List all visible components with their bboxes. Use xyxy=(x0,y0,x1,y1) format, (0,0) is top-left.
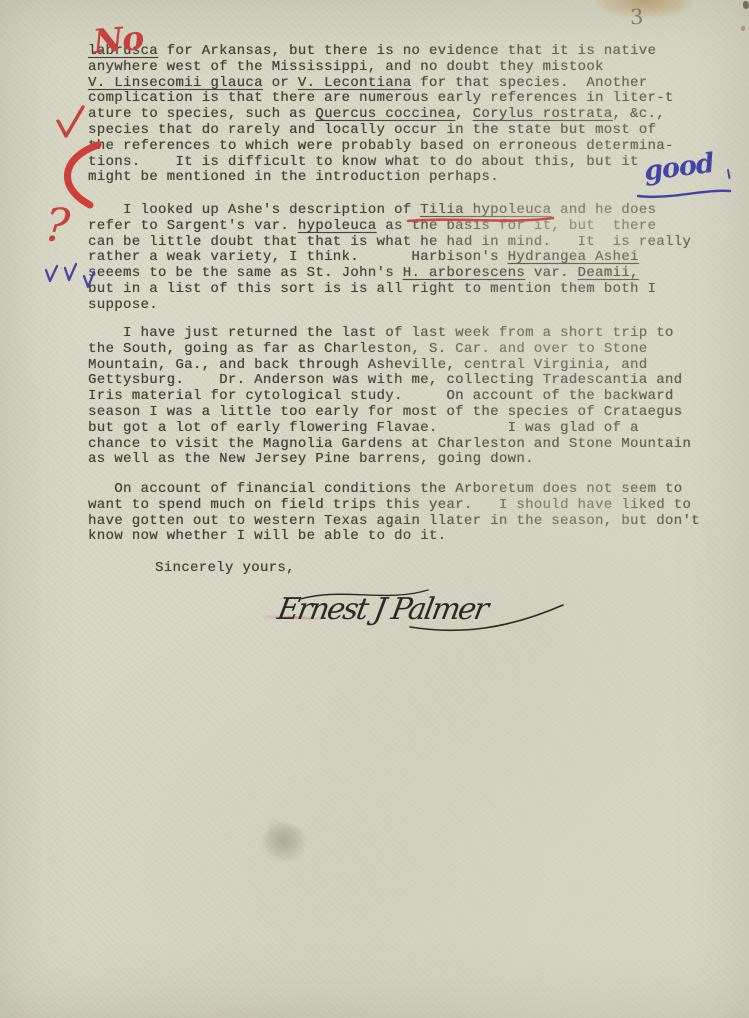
typed-text-segment: season I was a little too early for most… xyxy=(88,404,682,420)
typed-text-segment: as well as the New Jersey Pine barrens, … xyxy=(88,451,534,467)
typed-text-segment: Iris material for cytological study. On … xyxy=(88,388,674,404)
check-icon xyxy=(55,104,89,142)
typed-line: but got a lot of early flowering Flavae.… xyxy=(88,421,691,437)
typed-line: complication is that there are numerous … xyxy=(88,91,674,107)
underline-stroke-icon xyxy=(636,184,734,200)
typed-line: anywhere west of the Mississippi, and no… xyxy=(88,60,674,76)
typed-text-segment: var. xyxy=(525,265,577,281)
paper-speck xyxy=(743,1,749,9)
paper-stain-top xyxy=(596,0,692,18)
typed-text-segment: want to spend much on field trips this y… xyxy=(88,497,691,513)
typed-text-segment: for that species. Another xyxy=(411,75,647,91)
underlined-species-name: V. Linsecomii glauca xyxy=(88,75,263,91)
typed-line: I have just returned the last of last we… xyxy=(88,326,691,342)
typed-text-segment: rather a weak variety, I think. Harbison… xyxy=(88,249,508,265)
scanned-letter-page: 3 labrusca for Arkansas, but there is no… xyxy=(0,0,749,1018)
paper-speck xyxy=(741,26,745,31)
handwritten-no-annotation: No xyxy=(91,18,144,61)
red-checkmark-annotation xyxy=(55,104,89,142)
page-number: 3 xyxy=(630,5,644,29)
typed-text-segment: Mountain, Ga., and back through Ashevill… xyxy=(88,357,647,373)
typed-line: refer to Sargent's var. hypoleuca as the… xyxy=(88,219,691,235)
underlined-species-name: Quercus coccinea xyxy=(315,106,455,122)
typed-text-segment: I looked up Ashe's description of xyxy=(88,202,420,218)
typed-text-segment: species that do rarely and locally occur… xyxy=(88,122,656,138)
good-underline-annotation xyxy=(636,184,734,200)
letter-paragraph-4: On account of financial conditions the A… xyxy=(88,482,700,545)
signature: Ernest J Palmer xyxy=(270,575,570,647)
ink-smudge xyxy=(259,818,311,868)
typed-text-segment: know now whether I will be able to do it… xyxy=(88,528,446,544)
red-underline-tilia-annotation xyxy=(406,214,556,226)
typed-text-segment: or xyxy=(263,75,298,91)
typed-line: suppose. xyxy=(88,298,691,314)
typed-text-segment: refer to Sargent's var. xyxy=(88,218,298,234)
typed-text-segment: seeems to be the same as St. John's xyxy=(88,265,403,281)
underline-stroke-icon xyxy=(406,214,556,226)
underlined-species-name: Hydrangea Ashei xyxy=(508,249,639,265)
letter-paragraph-1: labrusca for Arkansas, but there is no e… xyxy=(88,44,674,186)
typed-text-segment: can be little doubt that that is what he… xyxy=(88,234,691,250)
typed-line: know now whether I will be able to do it… xyxy=(88,529,700,545)
letter-paragraph-3: I have just returned the last of last we… xyxy=(88,326,691,468)
typed-text-segment: On account of financial conditions the A… xyxy=(88,481,682,497)
check-icon xyxy=(42,262,106,294)
typed-text-segment: anywhere west of the Mississippi, and no… xyxy=(88,59,604,75)
typed-line: want to spend much on field trips this y… xyxy=(88,498,700,514)
typed-text-segment: Gettysburg. Dr. Anderson was with me, co… xyxy=(88,372,682,388)
signature-icon: Ernest J Palmer xyxy=(270,575,570,647)
typed-line: might be mentioned in the introduction p… xyxy=(88,170,674,186)
typed-text-segment: , &c., xyxy=(613,106,665,122)
typed-line: the South, going as far as Charleston, S… xyxy=(88,342,691,358)
typed-line: Gettysburg. Dr. Anderson was with me, co… xyxy=(88,373,691,389)
underlined-species-name: H. arborescens xyxy=(403,265,525,281)
typed-line: ature to species, such as Quercus coccin… xyxy=(88,107,674,123)
typed-text-segment: and he does xyxy=(551,202,656,218)
typed-line: chance to visit the Magnolia Gardens at … xyxy=(88,437,691,453)
underlined-species-name: V. Lecontiana xyxy=(298,75,412,91)
typed-text-segment: ature to species, such as xyxy=(88,106,315,122)
typed-text-segment: I have just returned the last of last we… xyxy=(88,325,674,341)
typed-text-segment: tions. It is difficult to know what to d… xyxy=(88,154,639,170)
typed-line: the references to which were probably ba… xyxy=(88,139,674,155)
typed-text-segment: chance to visit the Magnolia Gardens at … xyxy=(88,436,691,452)
typed-line: On account of financial conditions the A… xyxy=(88,482,700,498)
typed-text-segment: for Arkansas, but there is no evidence t… xyxy=(158,43,656,59)
blue-checkmarks-annotation xyxy=(42,262,106,294)
letter-paragraph-2: I looked up Ashe's description of Tilia … xyxy=(88,203,691,314)
typed-line: seeems to be the same as St. John's H. a… xyxy=(88,266,691,282)
typed-text-segment: complication is that there are numerous … xyxy=(88,90,674,106)
typed-line: rather a weak variety, I think. Harbison… xyxy=(88,250,691,266)
typed-text-segment: but in a list of this sort is is all rig… xyxy=(88,281,656,297)
underlined-species-name: Deamii, xyxy=(578,265,639,281)
typed-line: Iris material for cytological study. On … xyxy=(88,389,691,405)
red-question-mark-annotation: ? xyxy=(43,197,72,253)
typed-text-segment: but got a lot of early flowering Flavae.… xyxy=(88,420,639,436)
typed-line: but in a list of this sort is is all rig… xyxy=(88,282,691,298)
typed-line: as well as the New Jersey Pine barrens, … xyxy=(88,452,691,468)
typed-text-segment: have gotten out to western Texas again l… xyxy=(88,513,700,529)
typed-line: season I was a little too early for most… xyxy=(88,405,691,421)
typed-text-segment: the South, going as far as Charleston, S… xyxy=(88,341,647,357)
typed-text-segment: , xyxy=(455,106,472,122)
typed-line: labrusca for Arkansas, but there is no e… xyxy=(88,44,674,60)
typed-line: species that do rarely and locally occur… xyxy=(88,123,674,139)
typed-text-segment: might be mentioned in the introduction p… xyxy=(88,169,499,185)
typed-text-segment: suppose. xyxy=(88,297,158,313)
typed-text-segment: the references to which were probably ba… xyxy=(88,138,674,154)
typed-line: tions. It is difficult to know what to d… xyxy=(88,155,674,171)
underlined-species-name: hypoleuca xyxy=(298,218,377,234)
typed-line: I looked up Ashe's description of Tilia … xyxy=(88,203,691,219)
underlined-species-name: Corylus rostrata xyxy=(473,106,613,122)
